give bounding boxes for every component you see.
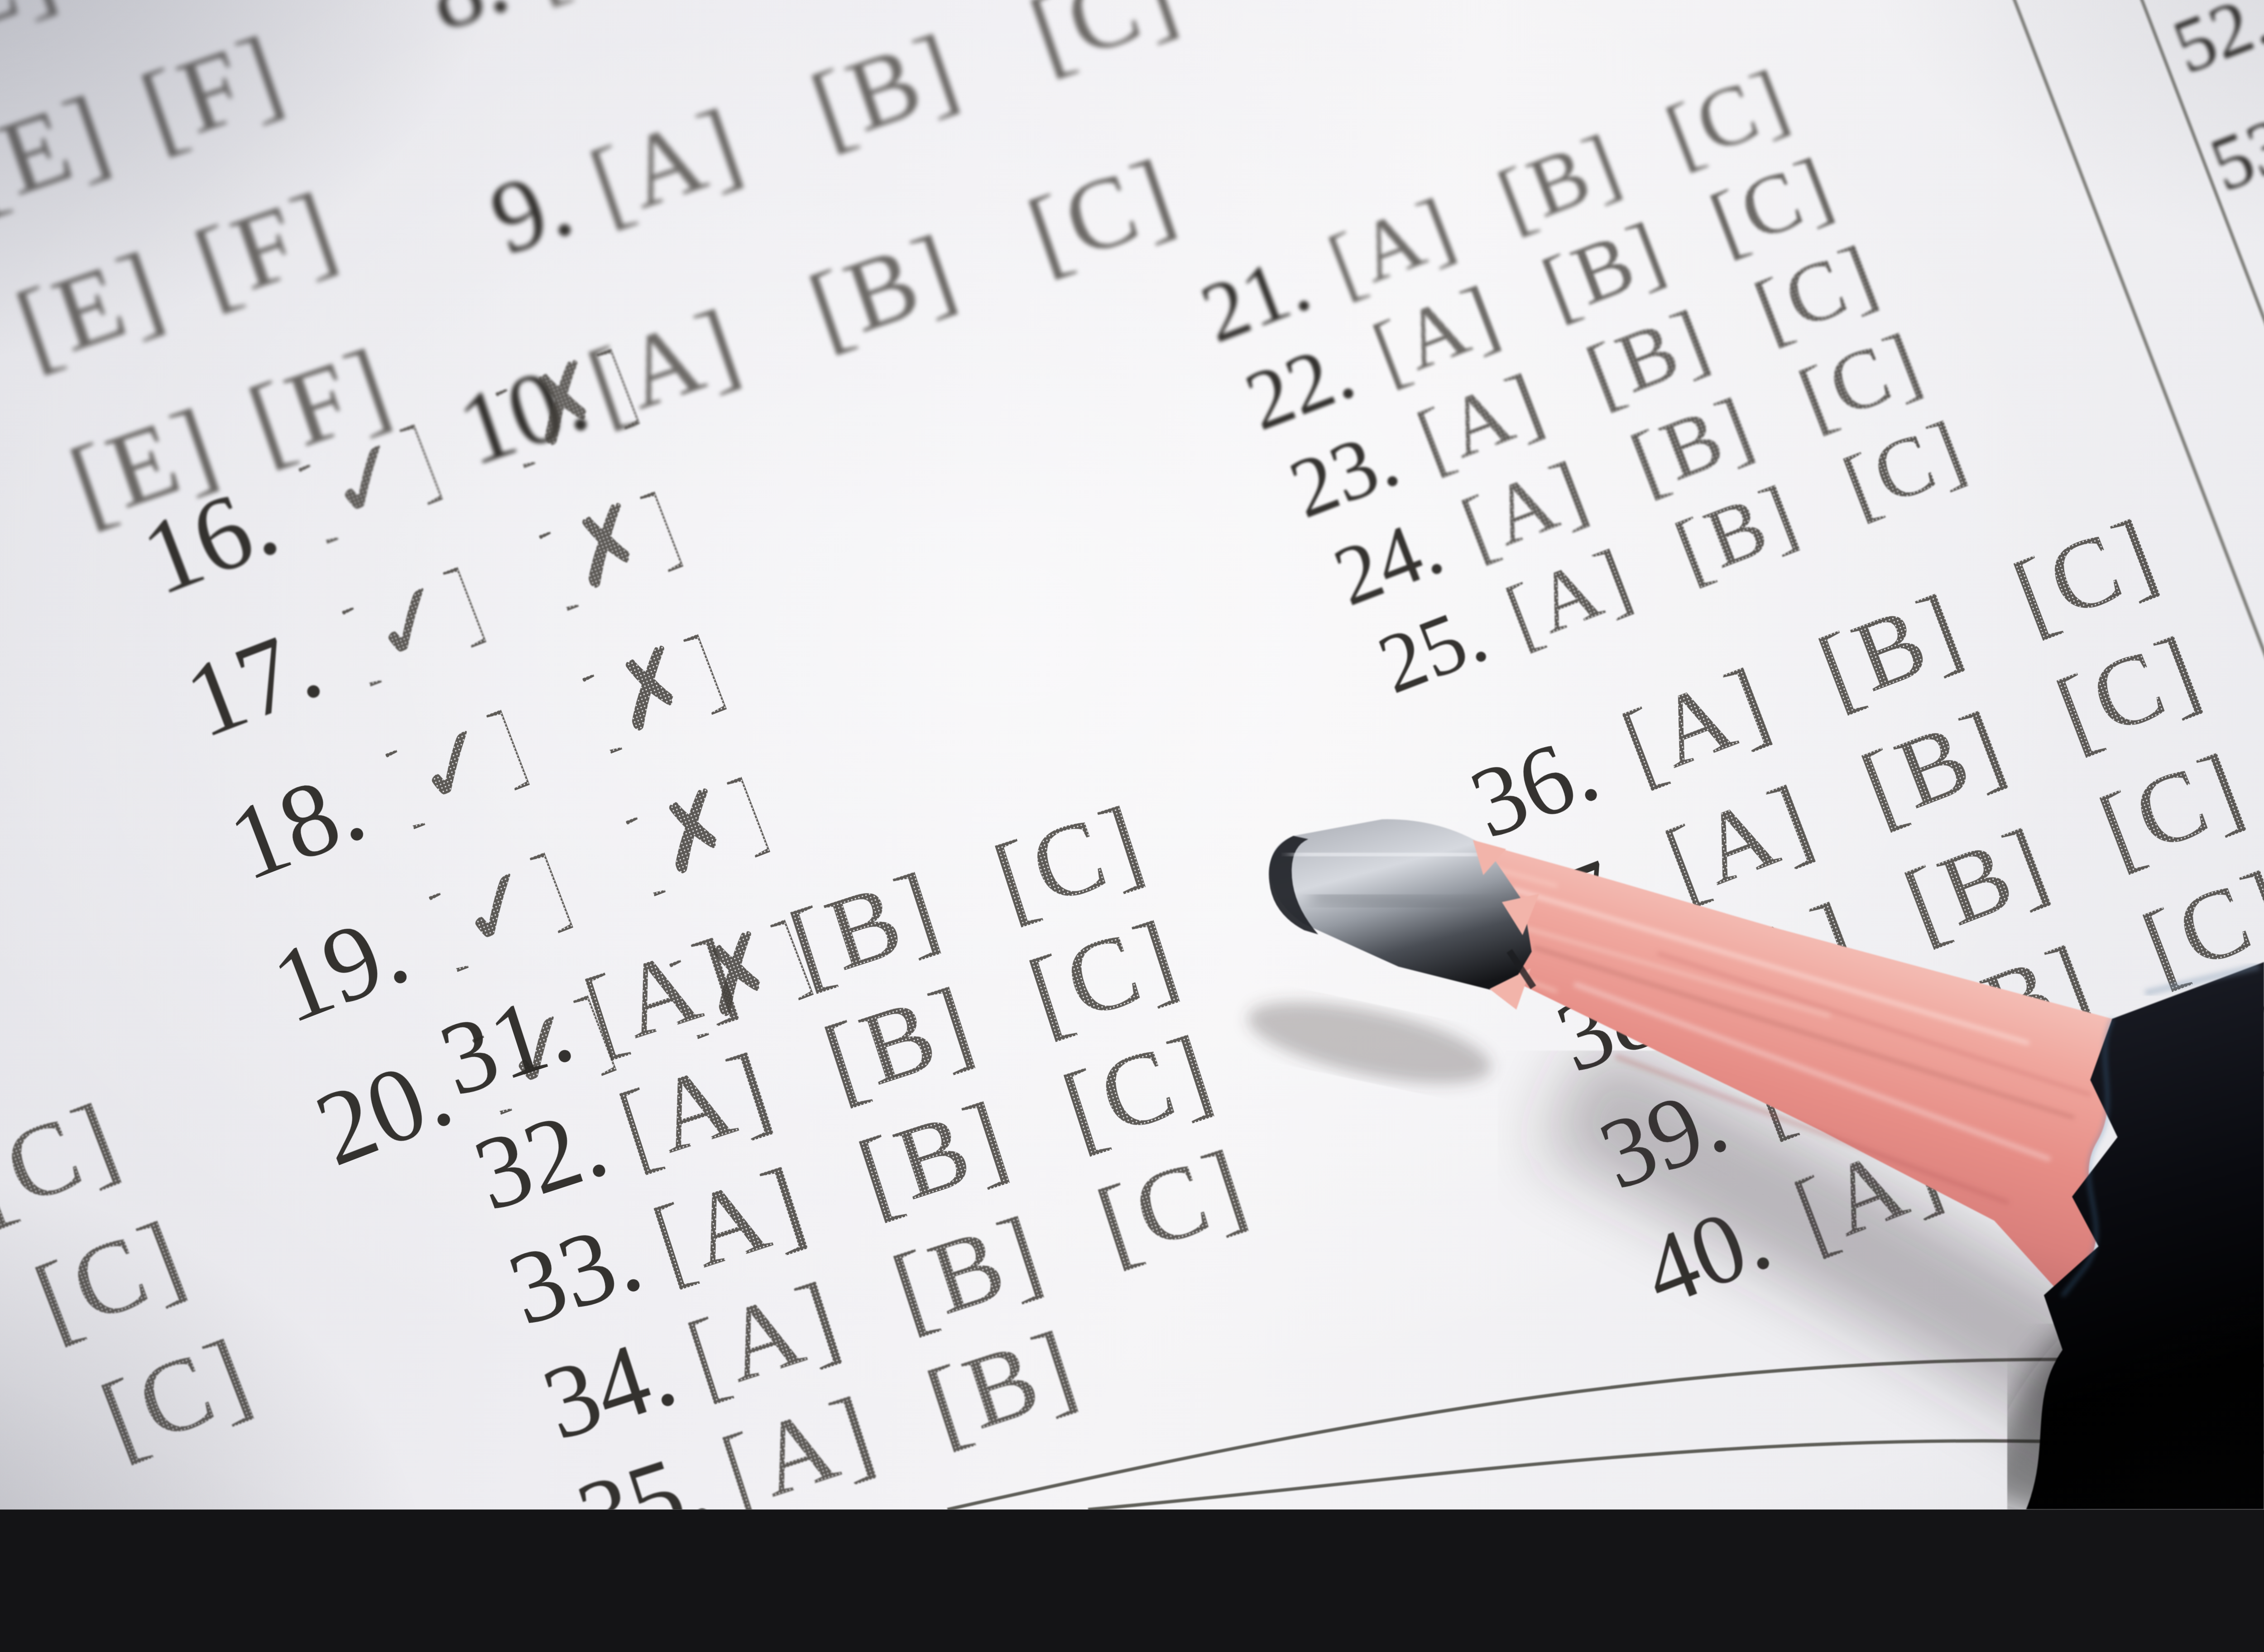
graphite-highlight: [1299, 853, 1473, 855]
pencil: [0, 0, 2264, 1509]
answer-sheet-photo: EFEFEFEF8.ABC9.ABC10.ABC16.✓✗17.✓✗18.✓✗1…: [0, 0, 2264, 1509]
